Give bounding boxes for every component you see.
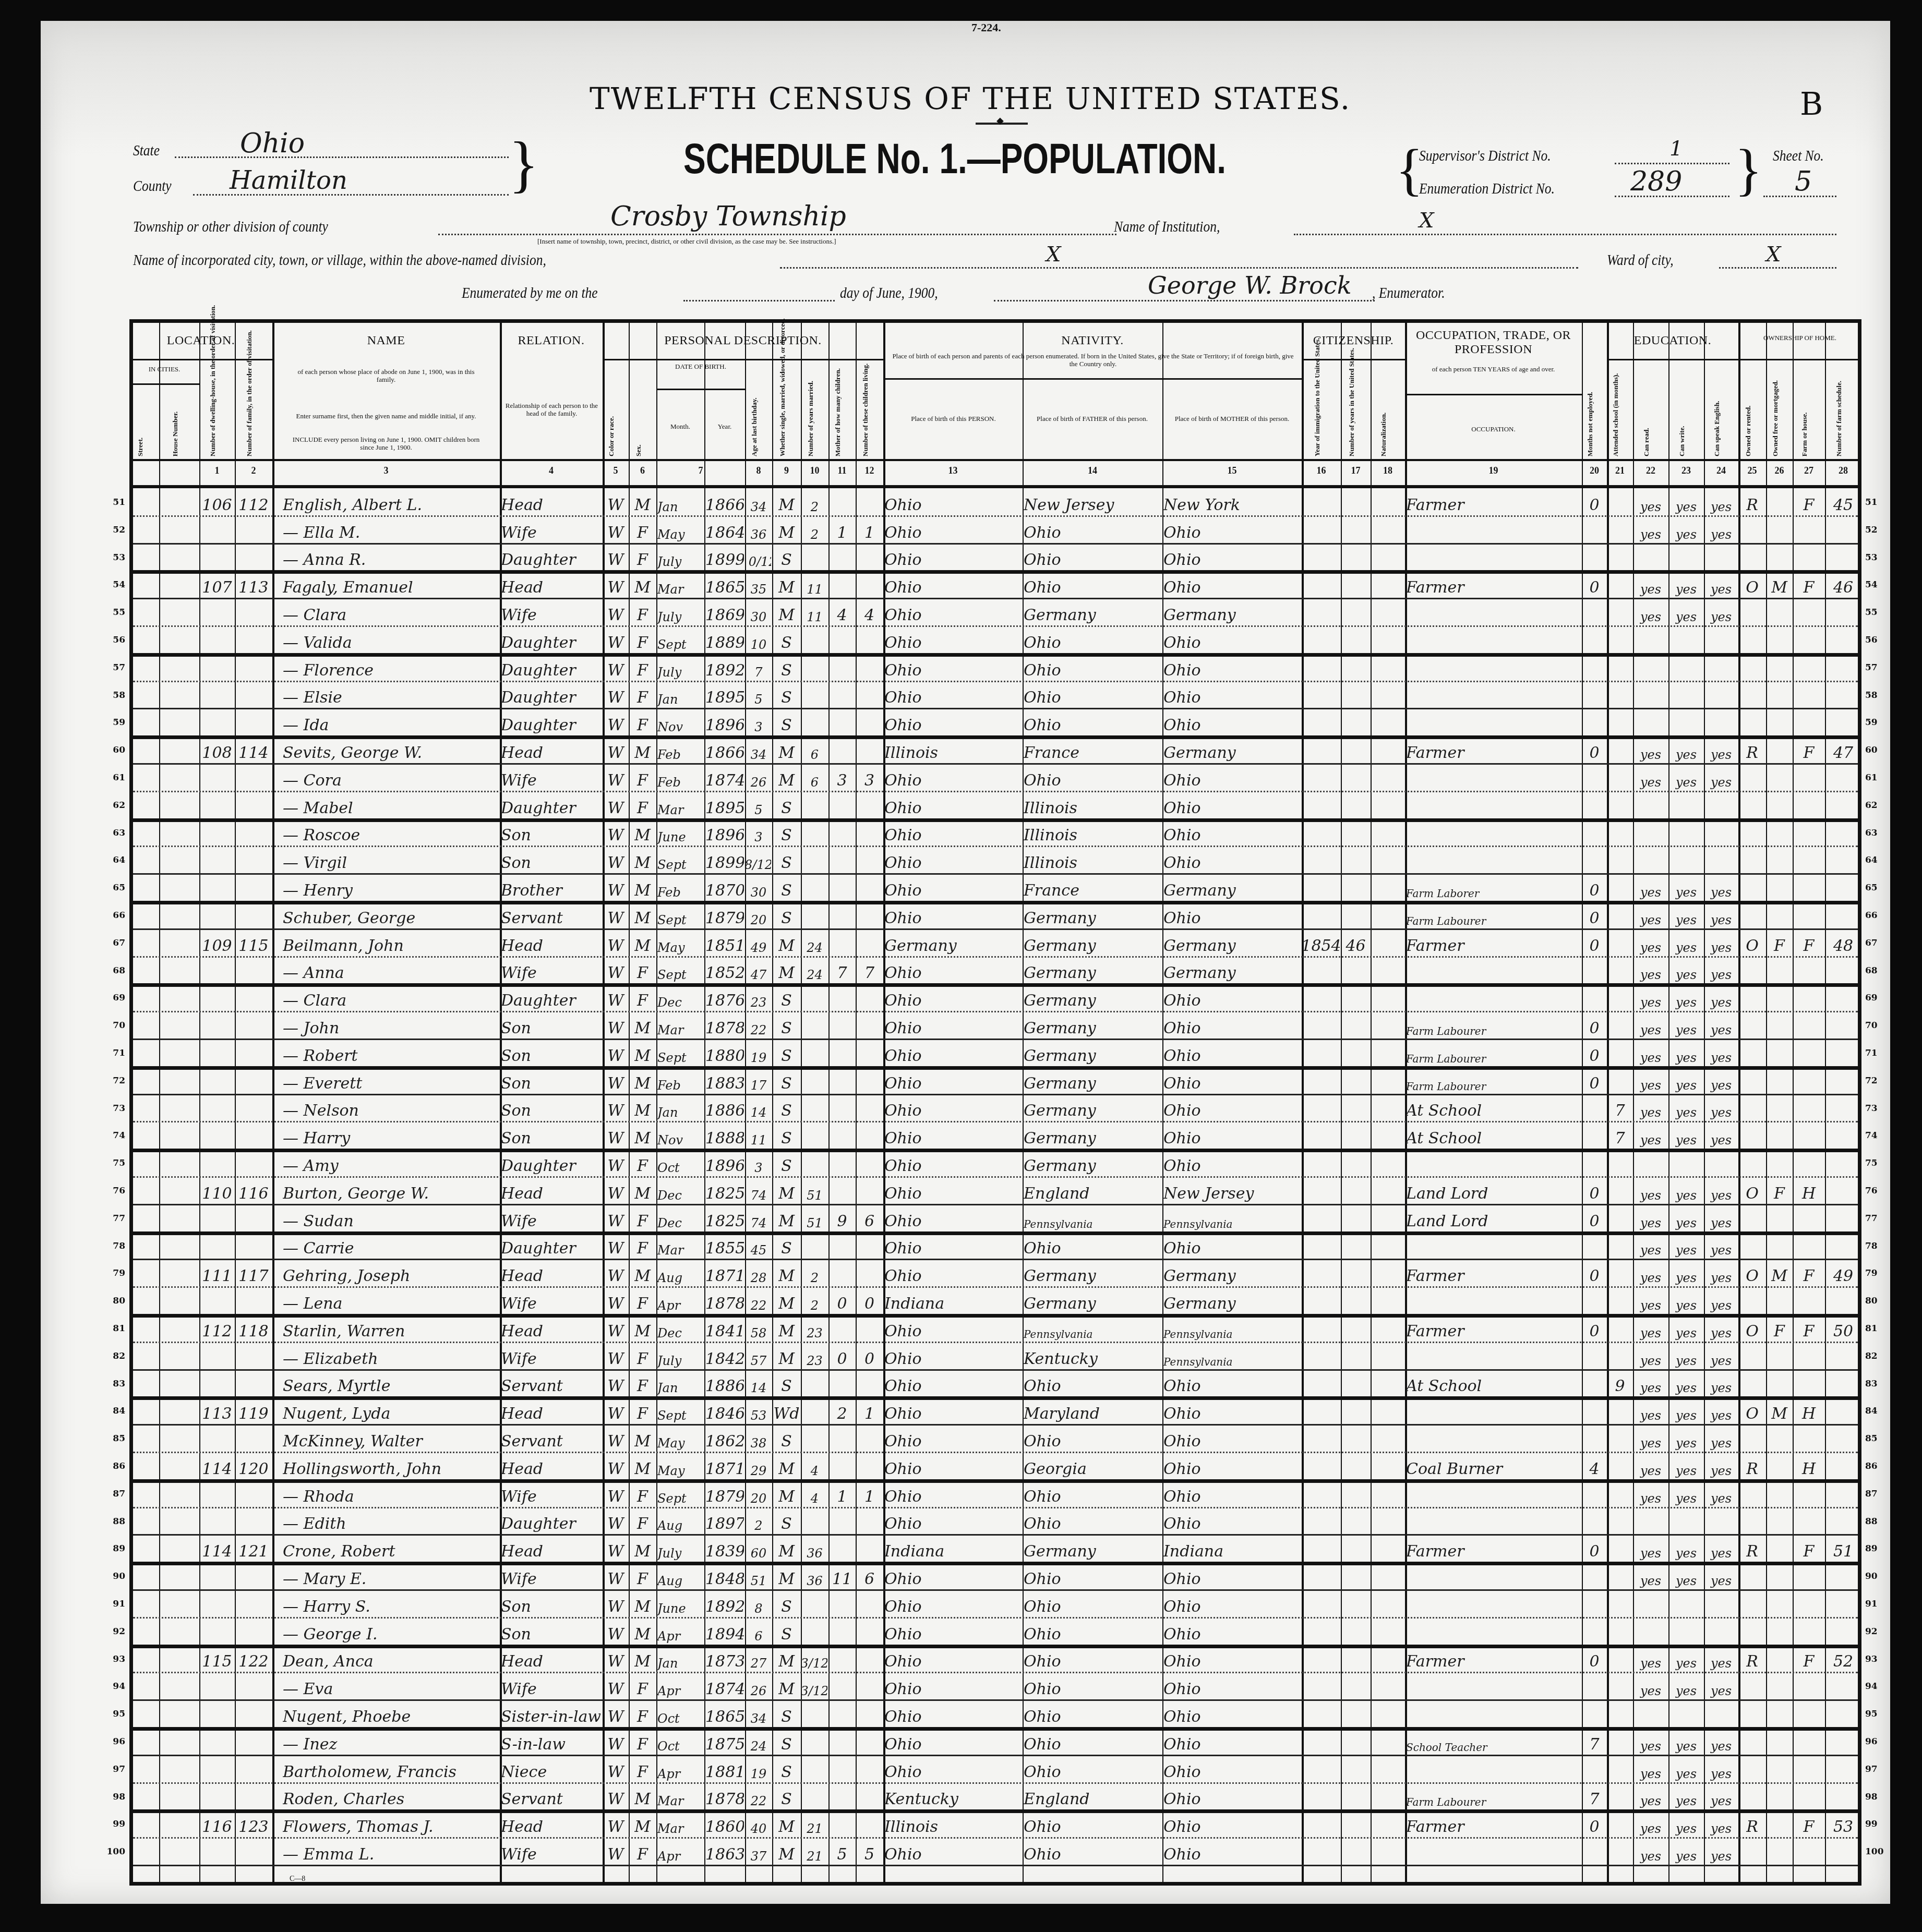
line-number: 70 bbox=[104, 1020, 125, 1031]
cell-immig bbox=[1303, 1314, 1340, 1342]
line-number: 75 bbox=[104, 1158, 125, 1168]
cell-read bbox=[1634, 653, 1667, 681]
cell-yrs-us bbox=[1342, 1782, 1370, 1810]
cell-marital: S bbox=[773, 1755, 800, 1782]
cell-own bbox=[1739, 1562, 1765, 1589]
cell-schedule bbox=[1826, 873, 1860, 901]
cell-living bbox=[857, 1755, 882, 1782]
cell-color: W bbox=[604, 488, 628, 515]
cell-marital: M bbox=[773, 763, 800, 791]
cell-pob-mother: Ohio bbox=[1163, 1837, 1301, 1865]
cell-year: 1848 bbox=[705, 1562, 744, 1589]
cell-family bbox=[236, 515, 271, 543]
cell-farm: F bbox=[1794, 570, 1824, 598]
cell-unemployed bbox=[1583, 1396, 1606, 1424]
cell-pob: Ohio bbox=[884, 1699, 1022, 1727]
cell-sex: F bbox=[630, 598, 655, 625]
cell-yrs-married bbox=[802, 681, 827, 708]
cell-natz bbox=[1372, 708, 1404, 735]
cell-school bbox=[1608, 708, 1632, 735]
cell-living bbox=[857, 543, 882, 571]
cell-name: — Mabel bbox=[283, 791, 508, 818]
cell-year: 1879 bbox=[705, 901, 744, 928]
cell-immig bbox=[1303, 625, 1340, 653]
cell-color: W bbox=[604, 1727, 628, 1755]
cell-pob: Ohio bbox=[884, 1452, 1022, 1479]
cell-month: Feb bbox=[657, 873, 703, 901]
cell-unemployed: 0 bbox=[1583, 873, 1606, 901]
cell-free: F bbox=[1767, 1176, 1792, 1204]
month-column-header: Month. bbox=[656, 422, 704, 433]
line-number: 66 bbox=[104, 910, 125, 921]
cell-pob-father: Germany bbox=[1024, 928, 1161, 956]
cell-dwelling bbox=[200, 1672, 234, 1699]
column-number: 26 bbox=[1766, 465, 1793, 480]
cell-pob-father: Ohio bbox=[1024, 708, 1161, 735]
cell-schedule bbox=[1826, 543, 1860, 571]
cell-read: yes bbox=[1634, 1011, 1667, 1039]
cell-yrs-married bbox=[802, 983, 827, 1011]
cell-write: yes bbox=[1669, 1094, 1703, 1121]
cell-yrs-us bbox=[1342, 956, 1370, 984]
cell-pob-mother: New York bbox=[1163, 488, 1301, 515]
name-description: of each person whose place of abode on J… bbox=[292, 368, 480, 409]
cell-family bbox=[236, 543, 271, 571]
cell-dwelling: 116 bbox=[200, 1809, 234, 1837]
cell-sex: M bbox=[630, 818, 655, 846]
cell-schedule bbox=[1826, 956, 1860, 984]
cell-school bbox=[1608, 1342, 1632, 1369]
cell-month: Dec bbox=[657, 983, 703, 1011]
schedule-title: SCHEDULE No. 1.—POPULATION. bbox=[683, 135, 1226, 184]
cell-read: yes bbox=[1634, 1286, 1667, 1314]
cell-year: 1871 bbox=[705, 1259, 744, 1286]
cell-yrs-us bbox=[1342, 1121, 1370, 1149]
cell-yrs-us bbox=[1342, 1699, 1370, 1727]
cell-name: — Henry bbox=[283, 873, 508, 901]
cell-relation: Daughter bbox=[501, 708, 602, 735]
cell-family: 122 bbox=[236, 1645, 271, 1672]
cell-yrs-us bbox=[1342, 570, 1370, 598]
cell-mother-of: 1 bbox=[830, 515, 855, 543]
cell-pob-mother: Ohio bbox=[1163, 1562, 1301, 1589]
cell-family bbox=[236, 1424, 271, 1452]
cell-living bbox=[857, 488, 882, 515]
cell-dwelling bbox=[200, 791, 234, 818]
cell-color: W bbox=[604, 515, 628, 543]
cell-age: 30 bbox=[746, 873, 771, 901]
cell-farm: H bbox=[1794, 1176, 1824, 1204]
cell-free bbox=[1767, 1204, 1792, 1231]
cell-pob: Ohio bbox=[884, 1562, 1022, 1589]
cell-relation: Head bbox=[501, 1396, 602, 1424]
cell-unemployed bbox=[1583, 1507, 1606, 1535]
cell-month: Sept bbox=[657, 1396, 703, 1424]
dwelling-number-column-header: Number of dwelling-house, in the order o… bbox=[209, 389, 227, 456]
column-number: 6 bbox=[629, 465, 656, 480]
cell-own bbox=[1739, 1589, 1765, 1617]
cell-month: Sept bbox=[657, 1039, 703, 1066]
owned-rented-column-header: Owned or rented. bbox=[1745, 389, 1762, 456]
cell-free bbox=[1767, 625, 1792, 653]
cell-month: Mar bbox=[657, 791, 703, 818]
cell-color: W bbox=[604, 681, 628, 708]
cell-pob: Ohio bbox=[884, 1011, 1022, 1039]
cell-occupation bbox=[1406, 1589, 1581, 1617]
line-number: 74 bbox=[104, 1130, 125, 1141]
cell-own bbox=[1739, 1342, 1765, 1369]
cell-yrs-married bbox=[802, 1149, 827, 1176]
cell-free bbox=[1767, 1149, 1792, 1176]
header-rule bbox=[656, 389, 745, 390]
cell-speak: yes bbox=[1705, 1121, 1737, 1149]
cell-pob-father: Pennsylvania bbox=[1024, 1314, 1161, 1342]
line-number: 84 bbox=[104, 1406, 125, 1416]
cell-own bbox=[1739, 1699, 1765, 1727]
cell-read: yes bbox=[1634, 873, 1667, 901]
cell-own bbox=[1739, 901, 1765, 928]
cell-month: July bbox=[657, 1534, 703, 1562]
institution-value: X bbox=[1419, 209, 1434, 233]
cell-schedule bbox=[1826, 1066, 1860, 1094]
cell-occupation: Farmer bbox=[1406, 1314, 1581, 1342]
cell-month: May bbox=[657, 1452, 703, 1479]
cell-dwelling bbox=[200, 1755, 234, 1782]
cell-dwelling bbox=[200, 1507, 234, 1535]
cell-schedule bbox=[1826, 1507, 1860, 1535]
cell-dwelling bbox=[200, 818, 234, 846]
cell-own: O bbox=[1739, 1396, 1765, 1424]
cell-read: yes bbox=[1634, 928, 1667, 956]
cell-dwelling bbox=[200, 1699, 234, 1727]
cell-living bbox=[857, 1507, 882, 1535]
line-number: 82 bbox=[104, 1351, 125, 1361]
cell-school bbox=[1608, 1782, 1632, 1810]
cell-family bbox=[236, 625, 271, 653]
cell-free bbox=[1767, 1231, 1792, 1259]
cell-relation: Head bbox=[501, 1534, 602, 1562]
cell-immig bbox=[1303, 598, 1340, 625]
cell-mother-of bbox=[830, 735, 855, 763]
cell-free bbox=[1767, 956, 1792, 984]
cell-occupation bbox=[1406, 543, 1581, 571]
cell-relation: Servant bbox=[501, 1782, 602, 1810]
cell-family: 112 bbox=[236, 488, 271, 515]
cell-natz bbox=[1372, 846, 1404, 873]
cell-pob-father: France bbox=[1024, 735, 1161, 763]
cell-pob: Ohio bbox=[884, 1342, 1022, 1369]
cell-occupation bbox=[1406, 1617, 1581, 1645]
cell-pob: Indiana bbox=[884, 1534, 1022, 1562]
cell-natz bbox=[1372, 956, 1404, 984]
cell-occupation bbox=[1406, 653, 1581, 681]
cell-age: 3 bbox=[746, 1149, 771, 1176]
cell-color: W bbox=[604, 625, 628, 653]
cell-read bbox=[1634, 846, 1667, 873]
cell-living bbox=[857, 570, 882, 598]
cell-immig bbox=[1303, 956, 1340, 984]
cell-schedule bbox=[1826, 818, 1860, 846]
enumerator-line bbox=[994, 300, 1375, 301]
cell-age: 11 bbox=[746, 1121, 771, 1149]
cell-speak: yes bbox=[1705, 1011, 1737, 1039]
cell-unemployed: 0 bbox=[1583, 1176, 1606, 1204]
cell-pob-mother: Ohio bbox=[1163, 1396, 1301, 1424]
cell-month: Oct bbox=[657, 1699, 703, 1727]
column-number: 24 bbox=[1704, 465, 1738, 480]
sheet-side-letter: B bbox=[1800, 86, 1823, 123]
cell-occupation: Farm Labourer bbox=[1406, 1782, 1581, 1810]
cell-family bbox=[236, 956, 271, 984]
cell-speak: yes bbox=[1705, 1424, 1737, 1452]
cell-occupation: Farmer bbox=[1406, 735, 1581, 763]
cell-natz bbox=[1372, 1507, 1404, 1535]
cell-schedule bbox=[1826, 1589, 1860, 1617]
cell-color: W bbox=[604, 1066, 628, 1094]
cell-marital: M bbox=[773, 598, 800, 625]
cell-pob: Ohio bbox=[884, 1672, 1022, 1699]
cell-year: 1825 bbox=[705, 1176, 744, 1204]
township-field-line bbox=[438, 234, 1116, 235]
sex-column-header: Sex. bbox=[635, 389, 653, 456]
cell-pob-mother: Ohio bbox=[1163, 763, 1301, 791]
cell-immig bbox=[1303, 570, 1340, 598]
cell-yrs-married: 11 bbox=[802, 598, 827, 625]
cell-write: yes bbox=[1669, 488, 1703, 515]
cell-mother-of bbox=[830, 1259, 855, 1286]
cell-living bbox=[857, 1011, 882, 1039]
cell-pob: Ohio bbox=[884, 1314, 1022, 1342]
cell-read: yes bbox=[1634, 1121, 1667, 1149]
cell-natz bbox=[1372, 625, 1404, 653]
cell-schedule bbox=[1826, 681, 1860, 708]
cell-month: Oct bbox=[657, 1727, 703, 1755]
cell-mother-of bbox=[830, 1534, 855, 1562]
cell-family: 113 bbox=[236, 570, 271, 598]
cell-schedule bbox=[1826, 515, 1860, 543]
cell-unemployed: 0 bbox=[1583, 1645, 1606, 1672]
cell-free bbox=[1767, 735, 1792, 763]
cell-age: 57 bbox=[746, 1342, 771, 1369]
cell-living bbox=[857, 1645, 882, 1672]
cell-pob: Illinois bbox=[884, 735, 1022, 763]
cell-read: yes bbox=[1634, 956, 1667, 984]
cell-living bbox=[857, 1259, 882, 1286]
cell-yrs-married bbox=[802, 1589, 827, 1617]
cell-pob-mother: Germany bbox=[1163, 1259, 1301, 1286]
cell-relation: Head bbox=[501, 928, 602, 956]
cell-pob: Ohio bbox=[884, 1369, 1022, 1397]
cell-living: 6 bbox=[857, 1204, 882, 1231]
cell-yrs-married bbox=[802, 1121, 827, 1149]
cell-dwelling bbox=[200, 543, 234, 571]
cell-unemployed bbox=[1583, 1672, 1606, 1699]
township-instruction-note: [Insert name of township, town, precinct… bbox=[537, 237, 836, 246]
cell-speak: yes bbox=[1705, 1231, 1737, 1259]
cell-marital: M bbox=[773, 1672, 800, 1699]
cell-occupation bbox=[1406, 1286, 1581, 1314]
cell-yrs-married bbox=[802, 1507, 827, 1535]
cell-mother-of bbox=[830, 791, 855, 818]
cell-year: 1876 bbox=[705, 983, 744, 1011]
cell-pob: Ohio bbox=[884, 515, 1022, 543]
cell-schedule bbox=[1826, 1094, 1860, 1121]
city-label: Name of incorporated city, town, or vill… bbox=[133, 251, 546, 269]
cell-immig bbox=[1303, 681, 1340, 708]
cell-pob-mother: Ohio bbox=[1163, 708, 1301, 735]
cell-color: W bbox=[604, 1617, 628, 1645]
cell-dwelling: 113 bbox=[200, 1396, 234, 1424]
cell-occupation: Coal Burner bbox=[1406, 1452, 1581, 1479]
cell-read: yes bbox=[1634, 1176, 1667, 1204]
column-number: 10 bbox=[801, 465, 828, 480]
line-number: 78 bbox=[104, 1241, 125, 1251]
cell-yrs-us bbox=[1342, 1645, 1370, 1672]
cell-occupation bbox=[1406, 598, 1581, 625]
cell-family bbox=[236, 846, 271, 873]
cell-age: 49 bbox=[746, 928, 771, 956]
cell-year: 1895 bbox=[705, 791, 744, 818]
cell-dwelling bbox=[200, 681, 234, 708]
table-row: — LenaWifeWFApr187822M200IndianaGermanyG… bbox=[133, 1286, 1858, 1318]
cell-living: 6 bbox=[857, 1562, 882, 1589]
cell-immig bbox=[1303, 1424, 1340, 1452]
cell-relation: Wife bbox=[501, 598, 602, 625]
cell-year: 1864 bbox=[705, 515, 744, 543]
cell-yrs-us bbox=[1342, 1039, 1370, 1066]
cell-relation: Daughter bbox=[501, 1507, 602, 1535]
cell-month: Mar bbox=[657, 1011, 703, 1039]
cell-month: Dec bbox=[657, 1314, 703, 1342]
name-include-note: INCLUDE every person living on June 1, 1… bbox=[292, 436, 480, 456]
column-number: 18 bbox=[1371, 465, 1405, 480]
cell-speak: yes bbox=[1705, 1066, 1737, 1094]
cell-unemployed: 0 bbox=[1583, 1204, 1606, 1231]
cell-natz bbox=[1372, 1149, 1404, 1176]
column-number: 17 bbox=[1341, 465, 1371, 480]
cell-write bbox=[1669, 1507, 1703, 1535]
line-number: 54 bbox=[1865, 579, 1886, 590]
cell-yrs-us: 46 bbox=[1342, 928, 1370, 956]
cell-relation: Son bbox=[501, 1589, 602, 1617]
line-number: 93 bbox=[1865, 1654, 1886, 1664]
cell-pob-father: Germany bbox=[1024, 983, 1161, 1011]
table-row: — AnnaWifeWFSept185247M2477OhioGermanyGe… bbox=[133, 956, 1858, 987]
cell-read: yes bbox=[1634, 1066, 1667, 1094]
cell-write bbox=[1669, 1699, 1703, 1727]
cell-free bbox=[1767, 598, 1792, 625]
cell-month: June bbox=[657, 1589, 703, 1617]
cell-name: — Valida bbox=[283, 625, 508, 653]
cell-free bbox=[1767, 846, 1792, 873]
cell-relation: Head bbox=[501, 488, 602, 515]
cell-school bbox=[1608, 1809, 1632, 1837]
cell-sex: F bbox=[630, 956, 655, 984]
cell-unemployed: 0 bbox=[1583, 570, 1606, 598]
cell-speak: yes bbox=[1705, 1204, 1737, 1231]
cell-immig bbox=[1303, 1149, 1340, 1176]
cell-read: yes bbox=[1634, 763, 1667, 791]
cell-name: — Elsie bbox=[283, 681, 508, 708]
cell-write: yes bbox=[1669, 1645, 1703, 1672]
cell-mother-of: 2 bbox=[830, 1396, 855, 1424]
line-number: 57 bbox=[104, 662, 125, 673]
cell-schedule bbox=[1826, 1562, 1860, 1589]
cell-dwelling: 109 bbox=[200, 928, 234, 956]
cell-yrs-us bbox=[1342, 1562, 1370, 1589]
cell-yrs-us bbox=[1342, 1617, 1370, 1645]
cell-name: — Carrie bbox=[283, 1231, 508, 1259]
cell-relation: Wife bbox=[501, 1837, 602, 1865]
cell-pob: Ohio bbox=[884, 901, 1022, 928]
cell-yrs-married: 4 bbox=[802, 1479, 827, 1507]
cell-own bbox=[1739, 983, 1765, 1011]
cell-dwelling bbox=[200, 1617, 234, 1645]
cell-write: yes bbox=[1669, 1782, 1703, 1810]
cell-schedule bbox=[1826, 1479, 1860, 1507]
cell-own bbox=[1739, 846, 1765, 873]
cell-name: — Roscoe bbox=[283, 818, 508, 846]
cell-pob-mother: Ohio bbox=[1163, 983, 1301, 1011]
cell-dwelling bbox=[200, 1039, 234, 1066]
cell-natz bbox=[1372, 818, 1404, 846]
cell-living: 1 bbox=[857, 1479, 882, 1507]
table-row: 111117Gehring, JosephHeadWMAug187128M2Oh… bbox=[133, 1259, 1858, 1288]
cell-name: — Elizabeth bbox=[283, 1342, 508, 1369]
cell-natz bbox=[1372, 653, 1404, 681]
cell-write: yes bbox=[1669, 1534, 1703, 1562]
line-number: 99 bbox=[104, 1819, 125, 1829]
cell-natz bbox=[1372, 598, 1404, 625]
cell-relation: Son bbox=[501, 1039, 602, 1066]
cell-read: yes bbox=[1634, 488, 1667, 515]
cell-relation: Daughter bbox=[501, 983, 602, 1011]
cell-farm: F bbox=[1794, 1314, 1824, 1342]
cell-mother-of bbox=[830, 1149, 855, 1176]
line-number: 61 bbox=[104, 772, 125, 783]
cell-age: 51 bbox=[746, 1562, 771, 1589]
cell-read: yes bbox=[1634, 1424, 1667, 1452]
cell-dwelling bbox=[200, 846, 234, 873]
enumerated-prefix: Enumerated by me on the bbox=[462, 284, 598, 302]
cell-own bbox=[1739, 818, 1765, 846]
cell-year: 1895 bbox=[705, 681, 744, 708]
cell-living bbox=[857, 1782, 882, 1810]
cell-name: — Florence bbox=[283, 653, 508, 681]
cell-farm: F bbox=[1794, 1534, 1824, 1562]
line-number: 85 bbox=[104, 1433, 125, 1444]
cell-marital: M bbox=[773, 1286, 800, 1314]
cell-farm bbox=[1794, 1204, 1824, 1231]
cell-free bbox=[1767, 1589, 1792, 1617]
cell-marital: S bbox=[773, 1231, 800, 1259]
line-number: 94 bbox=[1865, 1681, 1886, 1692]
cell-school bbox=[1608, 1479, 1632, 1507]
cell-immig bbox=[1303, 735, 1340, 763]
township-value: Crosby Township bbox=[610, 201, 846, 232]
cell-month: Jan bbox=[657, 681, 703, 708]
cell-living bbox=[857, 1452, 882, 1479]
table-row: — RhodaWifeWFSept187920M411OhioOhioOhioy… bbox=[133, 1479, 1858, 1508]
cell-schedule bbox=[1826, 1396, 1860, 1424]
cell-pob-father: Germany bbox=[1024, 1121, 1161, 1149]
cell-read: yes bbox=[1634, 1094, 1667, 1121]
cell-pob-mother: Ohio bbox=[1163, 1645, 1301, 1672]
table-row: — Mary E.WifeWFAug184851M36116OhioOhioOh… bbox=[133, 1562, 1858, 1591]
cell-pob-father: Ohio bbox=[1024, 1837, 1161, 1865]
cell-natz bbox=[1372, 1782, 1404, 1810]
cell-yrs-us bbox=[1342, 708, 1370, 735]
